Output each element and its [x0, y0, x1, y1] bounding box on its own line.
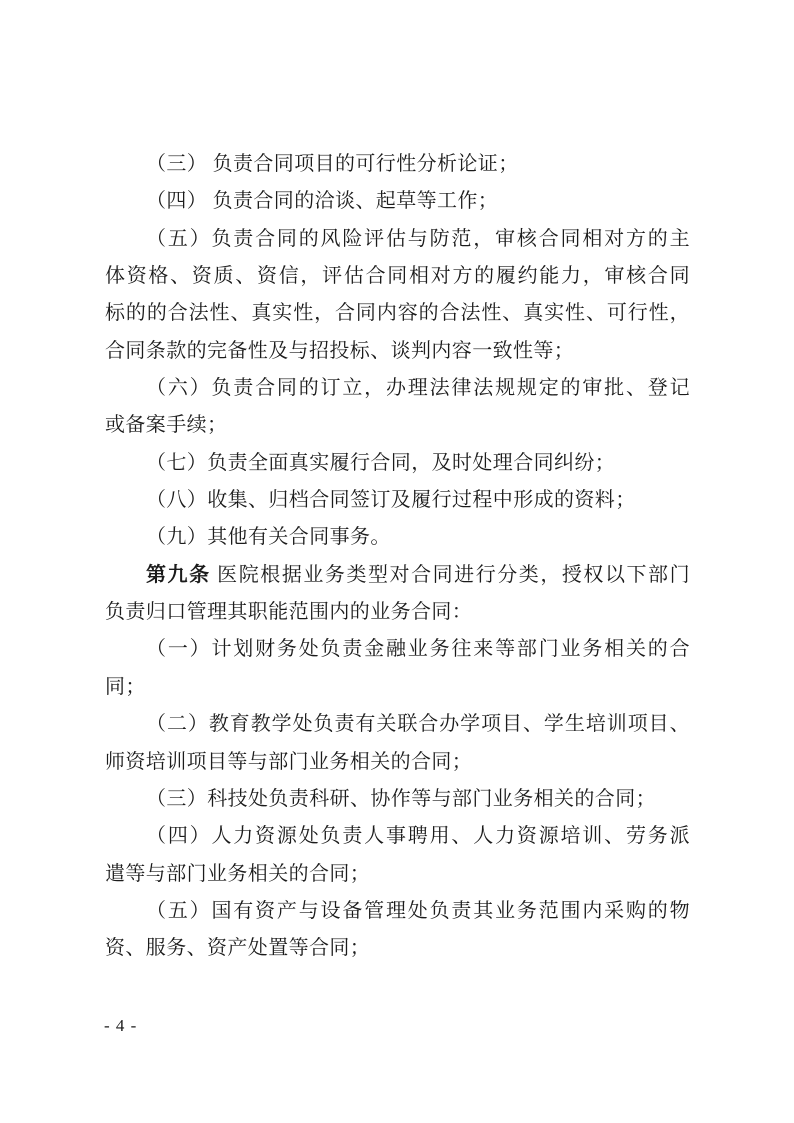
- clause-line: 同；: [105, 669, 690, 706]
- clause-line: （五）国有资产与设备管理处负责其业务范围内采购的物: [105, 893, 690, 930]
- page-number: - 4 -: [104, 1014, 137, 1038]
- clause-line: （二）教育教学处负责有关联合办学项目、学生培训项目、: [105, 706, 690, 743]
- clause-line: （一）计划财务处负责金融业务往来等部门业务相关的合: [105, 631, 690, 668]
- clause-line: （四） 负责合同的洽谈、起草等工作；: [105, 183, 690, 220]
- clause-line: 师资培训项目等与部门业务相关的合同；: [105, 744, 690, 781]
- clause-line: 遣等与部门业务相关的合同；: [105, 856, 690, 893]
- clause-line: （七）负责全面真实履行合同，及时处理合同纠纷；: [105, 445, 690, 482]
- clause-line: 负责归口管理其职能范围内的业务合同：: [105, 594, 690, 631]
- clause-line: 资、服务、资产处置等合同；: [105, 930, 690, 967]
- document-page: （三） 负责合同项目的可行性分析论证； （四） 负责合同的洽谈、起草等工作； （…: [0, 0, 794, 1123]
- clause-line: （九）其他有关合同事务。: [105, 519, 690, 556]
- clause-line: （三）科技处负责科研、协作等与部门业务相关的合同；: [105, 781, 690, 818]
- article-number: 第九条: [146, 564, 211, 586]
- clause-line: 合同条款的完备性及与招投标、谈判内容一致性等；: [105, 333, 690, 370]
- clause-line: （六）负责合同的订立，办理法律法规规定的审批、登记: [105, 370, 690, 407]
- clause-line: （八）收集、归档合同签订及履行过程中形成的资料；: [105, 482, 690, 519]
- clause-line: 体资格、资质、资信，评估合同相对方的履约能力，审核合同: [105, 258, 690, 295]
- article-heading-line: 第九条 医院根据业务类型对合同进行分类，授权以下部门: [105, 557, 690, 594]
- clause-line: （五）负责合同的风险评估与防范，审核合同相对方的主: [105, 221, 690, 258]
- document-body: （三） 负责合同项目的可行性分析论证； （四） 负责合同的洽谈、起草等工作； （…: [105, 146, 690, 968]
- clause-line: （三） 负责合同项目的可行性分析论证；: [105, 146, 690, 183]
- article-text: 医院根据业务类型对合同进行分类，授权以下部门: [211, 564, 690, 586]
- clause-line: （四）人力资源处负责人事聘用、人力资源培训、劳务派: [105, 818, 690, 855]
- clause-line: 或备案手续；: [105, 407, 690, 444]
- clause-line: 标的的合法性、真实性，合同内容的合法性、真实性、可行性，: [105, 295, 690, 332]
